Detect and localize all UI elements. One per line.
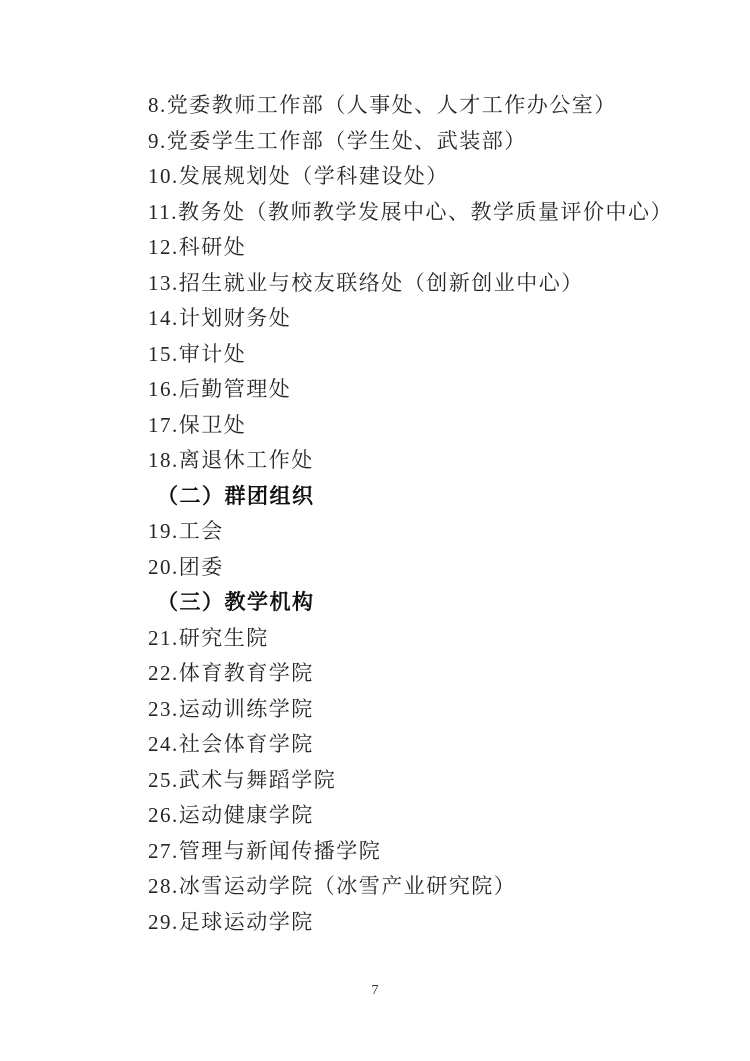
list-item: 13.招生就业与校友联络处（创新创业中心）	[148, 266, 710, 302]
list-item: 14.计划财务处	[148, 301, 710, 337]
list-item: 20.团委	[148, 550, 710, 586]
page-number: 7	[372, 983, 379, 998]
list-item: 28.冰雪运动学院（冰雪产业研究院）	[148, 869, 710, 905]
list-item: 27.管理与新闻传播学院	[148, 834, 710, 870]
list-item: 9.党委学生工作部（学生处、武装部）	[148, 124, 710, 160]
list-item: 11.教务处（教师教学发展中心、教学质量评价中心）	[148, 195, 710, 231]
list-item: 10.发展规划处（学科建设处）	[148, 159, 710, 195]
list-item: 19.工会	[148, 514, 710, 550]
section-heading: （三）教学机构	[148, 585, 710, 621]
list-item: 12.科研处	[148, 230, 710, 266]
list-item: 16.后勤管理处	[148, 372, 710, 408]
list-item: 25.武术与舞蹈学院	[148, 763, 710, 799]
list-item: 26.运动健康学院	[148, 798, 710, 834]
list-item: 24.社会体育学院	[148, 727, 710, 763]
list-item: 17.保卫处	[148, 408, 710, 444]
document-page: 8.党委教师工作部（人事处、人才工作办公室） 9.党委学生工作部（学生处、武装部…	[0, 0, 750, 1061]
document-body: 8.党委教师工作部（人事处、人才工作办公室） 9.党委学生工作部（学生处、武装部…	[148, 88, 710, 940]
section-heading: （二）群团组织	[148, 479, 710, 515]
page-footer: 7	[0, 981, 750, 999]
list-item: 22.体育教育学院	[148, 656, 710, 692]
list-item: 21.研究生院	[148, 621, 710, 657]
list-item: 29.足球运动学院	[148, 905, 710, 941]
list-item: 8.党委教师工作部（人事处、人才工作办公室）	[148, 88, 710, 124]
list-item: 23.运动训练学院	[148, 692, 710, 728]
list-item: 18.离退休工作处	[148, 443, 710, 479]
list-item: 15.审计处	[148, 337, 710, 373]
